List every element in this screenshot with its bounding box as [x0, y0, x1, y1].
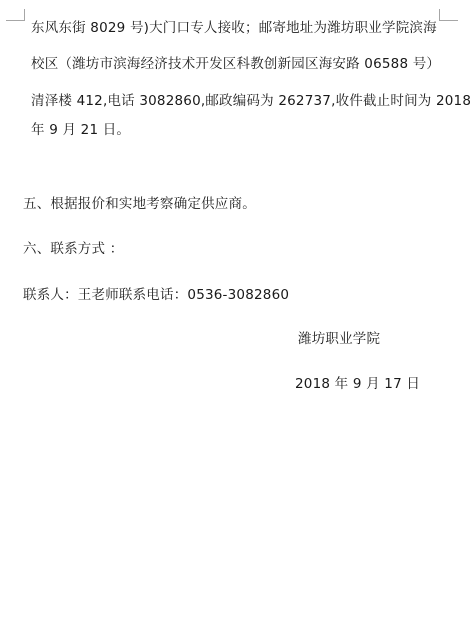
address-line-1: 东风东街 8029 号)大门口专人接收；邮寄地址为潍坊职业学院滨海: [31, 20, 437, 36]
section-five-text: 五、根据报价和实地考察确定供应商。: [23, 196, 256, 212]
signature-date: 2018 年 9 月 17 日: [295, 376, 420, 392]
document-page: 东风东街 8029 号)大门口专人接收；邮寄地址为潍坊职业学院滨海 校区（潍坊市…: [0, 0, 470, 629]
address-line-3: 清泽楼 412,电话 3082860,邮政编码为 262737,收件截止时间为 …: [31, 93, 470, 109]
contact-line: 联系人：王老师联系电话：0536-3082860: [23, 287, 289, 303]
top-right-margin-mark: [439, 9, 458, 21]
signature-organization: 潍坊职业学院: [298, 331, 380, 347]
top-left-margin-mark: [6, 9, 25, 21]
address-line-2: 校区（潍坊市滨海经济技术开发区科教创新园区海安路 06588 号）: [31, 56, 440, 72]
address-line-4: 年 9 月 21 日。: [31, 122, 130, 138]
section-six-heading: 六、联系方式 ：: [23, 241, 123, 257]
